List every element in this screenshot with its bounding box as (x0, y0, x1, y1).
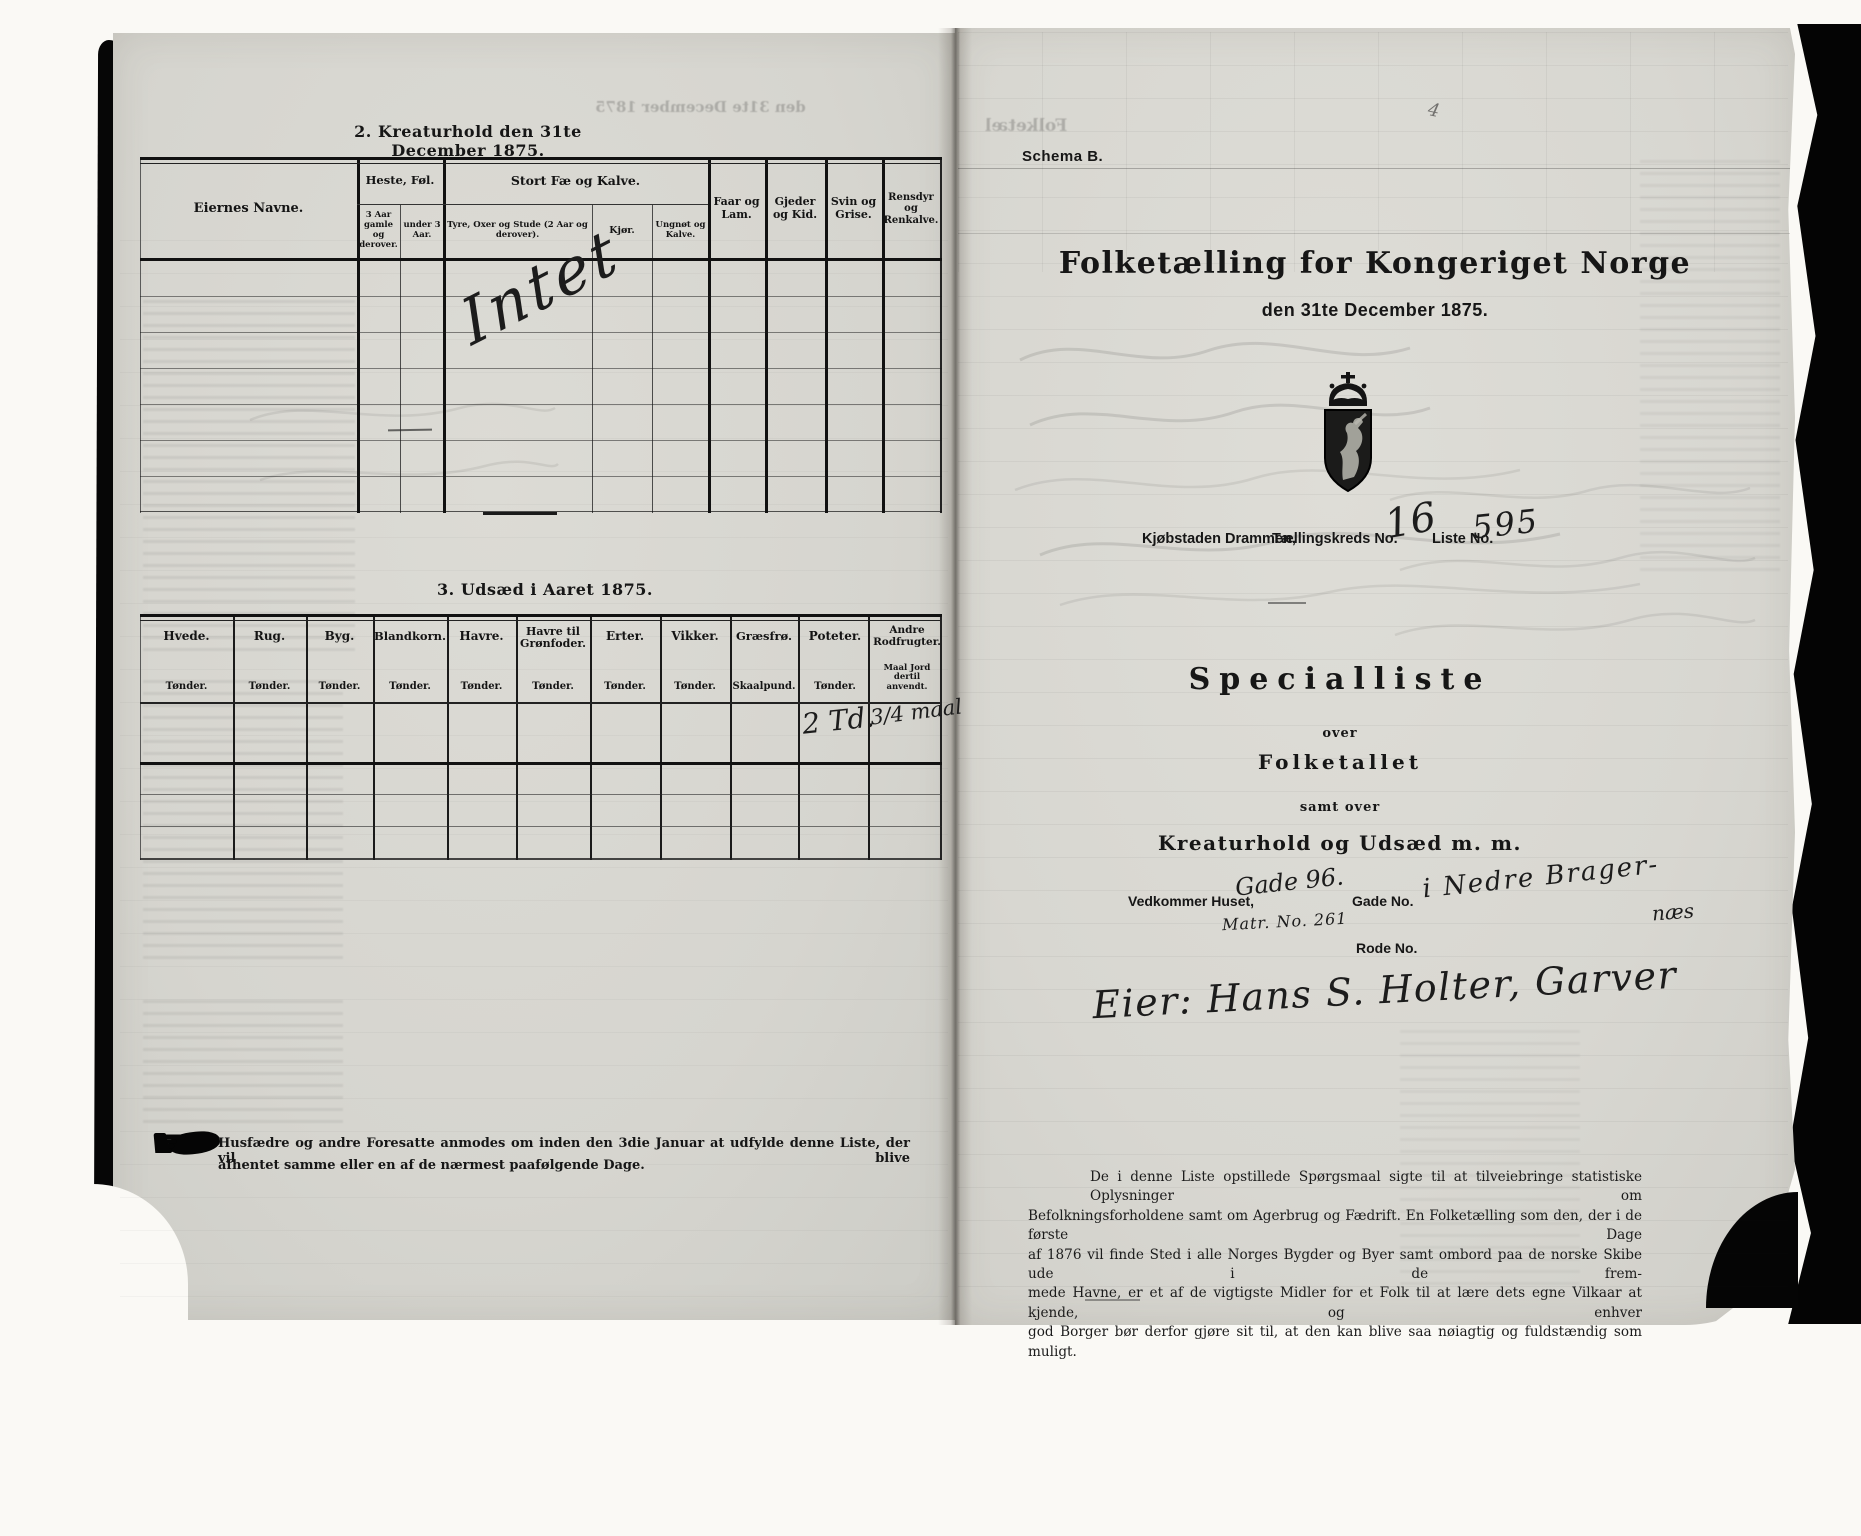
table2-header-rodfrugter: Andre Rodfrugter.Maal Jord dertil anvend… (872, 618, 942, 701)
schema-label: Schema B. (1022, 148, 1103, 165)
folketallet-heading: Folketallet (960, 750, 1720, 774)
kreaturhold-heading: Kreaturhold og Udsæd m. m. (960, 831, 1720, 855)
instruction-paragraph: De i denne Liste opstillede Spørgsmaal s… (1028, 1168, 1642, 1362)
table1-header-svin: Svin og Grise. (826, 165, 881, 253)
scanned-census-book: den 31te December 1875 Folketæl 2. Kreat… (0, 0, 1861, 1536)
table2-title: 3. Udsæd i Aaret 1875. (385, 580, 705, 599)
paragraph-line: god Borger bør derfor gjøre sit til, at … (1028, 1323, 1642, 1362)
table2-header-byg: Byg.Tønder. (306, 618, 373, 701)
showthrough-rule (958, 168, 1790, 169)
showthrough-mirrored-text: den 31te December 1875 (595, 98, 806, 116)
table2-header-blandkorn: Blandkorn.Tønder. (373, 618, 447, 701)
showthrough-mirrored-text: Folketæl (985, 116, 1067, 136)
table1-header-stort-sub3: Ungnøt og Kalve. (653, 206, 708, 256)
table2-header-rug: Rug.Tønder. (233, 618, 306, 701)
table2-header-havre-groenfoder: Havre til Grønfoder.Tønder. (516, 618, 590, 701)
census-title: Folketælling for Kongeriget Norge (1000, 246, 1750, 281)
paragraph-line: Befolkningsforholdene samt om Agerbrug o… (1028, 1207, 1642, 1246)
table1-header-gjeder: Gjeder og Kid. (766, 165, 824, 253)
table2-header-havre: Havre.Tønder. (447, 618, 516, 701)
specialliste-heading: Specialliste (960, 662, 1720, 697)
coat-of-arms-icon (1303, 372, 1393, 498)
gade-value-hand2: næs (1651, 899, 1695, 926)
showthrough-margin-text (143, 1000, 343, 1130)
table1-header-rensdyr: Rensdyr og Renkalve. (883, 165, 939, 253)
table1-header-stort-group: Stort Fæ og Kalve. (443, 160, 708, 202)
paragraph-line: mede Havne, er et af de vigtigste Midler… (1028, 1284, 1642, 1323)
table1-header-heste-sub2: under 3 Aar. (401, 206, 443, 256)
footnote-line2: afhentet samme eller en af de nærmest pa… (218, 1158, 910, 1173)
paragraph-line: De i denne Liste opstillede Spørgsmaal s… (1028, 1168, 1642, 1207)
showthrough-handwriting (1380, 470, 1760, 670)
manicule-icon: ☛ (150, 1118, 189, 1169)
census-subtitle: den 31te December 1875. (1000, 300, 1750, 321)
table2-header-graesfroe: Græsfrø.Skaalpund. (730, 618, 798, 701)
table1-header-faar: Faar og Lam. (709, 165, 764, 253)
district-label: Tællingskreds No. (1272, 531, 1398, 547)
table2-header-erter: Erter.Tønder. (590, 618, 660, 701)
table2-header-poteter: Poteter.Tønder. (798, 618, 872, 701)
over-label: over (960, 726, 1720, 741)
table1-header-heste-group: Heste, Føl. (357, 160, 443, 202)
table1-header-eiernes: Eiernes Navne. (142, 165, 355, 253)
table1-title: 2. Kreaturhold den 31te December 1875. (307, 122, 629, 160)
list-number-hand: 595 (1470, 502, 1541, 547)
handwritten-dash (1268, 602, 1306, 604)
paragraph-line: af 1876 vil finde Sted i alle Norges Byg… (1028, 1246, 1642, 1285)
samt-over-label: samt over (960, 800, 1720, 815)
rode-no-label: Rode No. (1356, 940, 1417, 956)
closing-rule (1085, 1299, 1140, 1301)
district-number-hand: 16 (1381, 494, 1439, 548)
table2-header-vikker: Vikker.Tønder. (660, 618, 730, 701)
showthrough-rule (958, 233, 1790, 234)
gade-no-label: Gade No. (1352, 893, 1413, 909)
table1-header-heste-sub1: 3 Aar gamle og derover. (357, 206, 400, 256)
table2-header-hvede: Hvede.Tønder. (141, 618, 232, 701)
section-divider-rule (483, 512, 557, 515)
